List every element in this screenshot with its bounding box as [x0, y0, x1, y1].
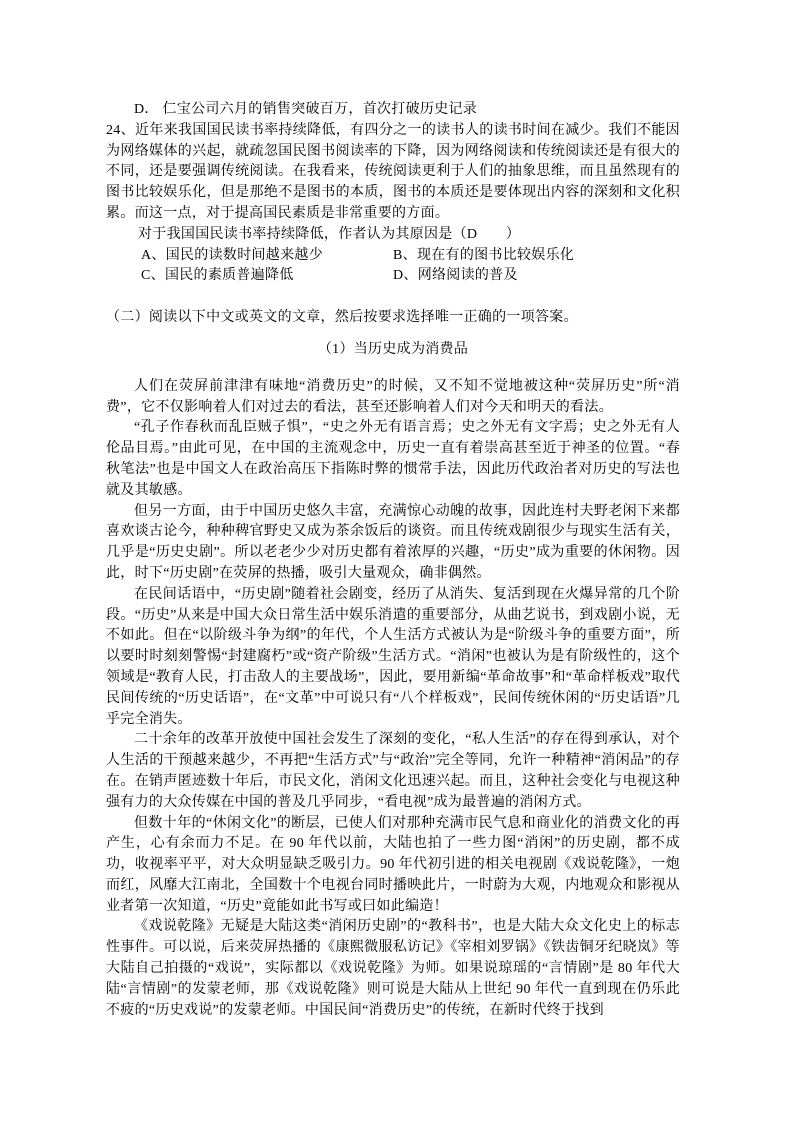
essay-paragraph-4: 在民间话语中，“历史剧”随着社会剧变，经历了从消失、复活到现在火爆异常的几个阶段… — [106, 585, 680, 731]
essay-paragraph-7: 《戏说乾隆》无疑是大陆这类“消闲历史剧”的“教科书”，也是大陆大众文化史上的标志… — [106, 917, 680, 1021]
essay-paragraph-1: 人们在荧屏前津津有味地“消费历史”的时候，又不知不觉地被这种“荧屏历史”所“消费… — [106, 377, 680, 419]
question-24-stem: 24、近年来我国国民读书率持续降低，有四分之一的读书人的读书时间在减少。我们不能… — [106, 121, 680, 225]
article-body: 人们在荧屏前津津有味地“消费历史”的时候，又不知不觉地被这种“荧屏历史”所“消费… — [106, 377, 680, 1022]
question-23-option-d: D． 仁宝公司六月的销售突破百万，首次打破历史记录 — [106, 100, 680, 121]
essay-paragraph-6: 但数十年的“休闲文化”的断层，已使人们对那种充满市民气息和商业化的消费文化的再产… — [106, 814, 680, 918]
question-24-options: A、国民的读数时间越来越少 B、现在有的图书比较娱乐化 C、国民的素质普遍降低 … — [141, 246, 680, 288]
section-two-instruction: （二）阅读以下中文或英文的文章，然后按要求选择唯一正确的一项答案。 — [106, 308, 680, 329]
essay-paragraph-5: 二十余年的改革开放使中国社会发生了深刻的变化，“私人生活”的存在得到承认，对个人… — [106, 730, 680, 813]
essay-paragraph-2: “孔子作春秋而乱臣贼子惧”，“史之外无有语言焉；史之外无有文字焉；史之外无有人伦… — [106, 418, 680, 501]
options-row-2: C、国民的素质普遍降低 D、网络阅读的普及 — [141, 266, 680, 287]
option-b: B、现在有的图书比较娱乐化 — [393, 246, 680, 267]
essay-paragraph-3: 但另一方面，由于中国历史悠久丰富，充满惊心动魄的故事，因此连村夫野老闲下来都喜欢… — [106, 502, 680, 585]
options-row-1: A、国民的读数时间越来越少 B、现在有的图书比较娱乐化 — [141, 246, 680, 267]
option-c: C、国民的素质普遍降低 — [141, 266, 393, 287]
option-a: A、国民的读数时间越来越少 — [141, 246, 393, 267]
option-d: D、网络阅读的普及 — [393, 266, 680, 287]
article-title: （1）当历史成为消费品 — [106, 340, 680, 361]
document-page: D． 仁宝公司六月的销售突破百万，首次打破历史记录 24、近年来我国国民读书率持… — [0, 0, 794, 1123]
question-24-prompt: 对于我国国民读书率持续降低，作者认为其原因是（D ） — [106, 225, 680, 246]
